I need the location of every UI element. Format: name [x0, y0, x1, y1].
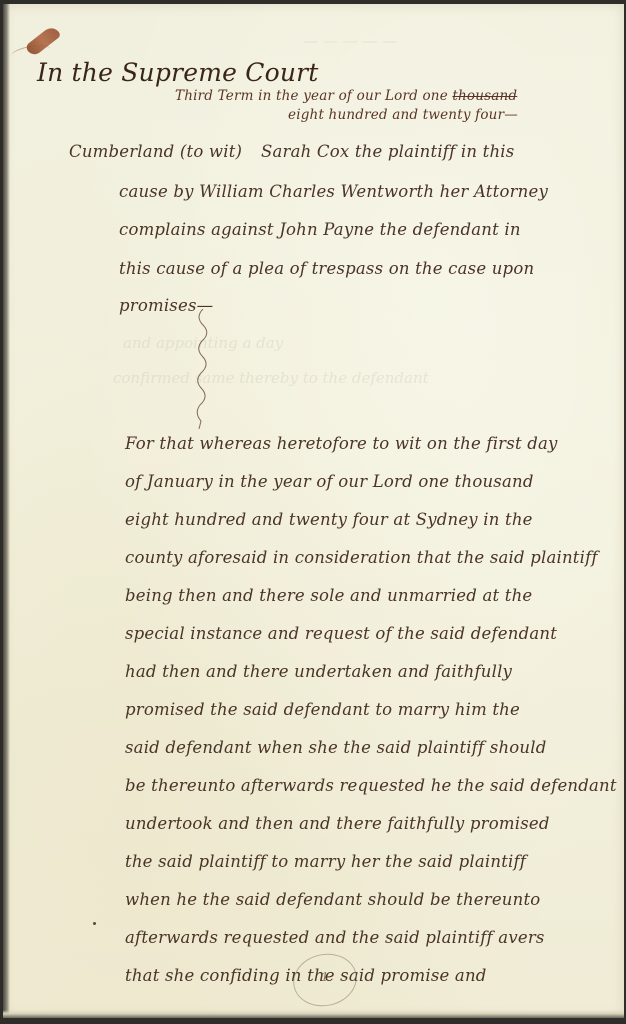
body-line: the said plaintiff to marry her the said…: [125, 852, 526, 871]
intro-line: cause by William Charles Wentworth her A…: [119, 182, 548, 201]
intro-line: Sarah Cox the plaintiff in this: [261, 142, 514, 161]
bleed-through-text: confirmed same thereby to the defendant: [113, 369, 429, 387]
intro-line: this cause of a plea of trespass on the …: [119, 259, 534, 278]
bleed-through-text: — — — — —: [303, 32, 397, 50]
folio-number: 1: [321, 970, 329, 984]
body-line: when he the said defendant should be the…: [125, 890, 540, 909]
term-line-1: Third Term in the year of our Lord one t…: [175, 88, 517, 104]
body-line: being then and there sole and unmarried …: [125, 586, 532, 605]
paper-sheet: — — — — — and appointing a day confirmed…: [3, 4, 624, 1018]
page-left-edge: [3, 4, 10, 1018]
body-line: had then and there undertaken and faithf…: [125, 662, 512, 681]
struck-word: thousand: [452, 88, 517, 104]
brace-connector-icon: [193, 309, 211, 429]
court-heading: In the Supreme Court: [37, 58, 319, 87]
term-line-2: eight hundred and twenty four—: [288, 107, 518, 123]
term-line-1-text: Third Term in the year of our Lord one: [175, 88, 448, 104]
body-line: afterwards requested and the said plaint…: [125, 928, 545, 947]
body-line: county aforesaid in consideration that t…: [125, 548, 598, 567]
scanned-manuscript: — — — — — and appointing a day confirmed…: [0, 0, 626, 1024]
page-bottom-edge: [3, 1010, 624, 1018]
body-line: For that whereas heretofore to wit on th…: [125, 434, 558, 453]
body-line: of January in the year of our Lord one t…: [125, 472, 534, 491]
body-line: undertook and then and there faithfully …: [125, 814, 550, 833]
body-line: special instance and request of the said…: [125, 624, 557, 643]
body-line: promised the said defendant to marry him…: [125, 700, 520, 719]
body-line: eight hundred and twenty four at Sydney …: [125, 510, 533, 529]
body-line: said defendant when she the said plainti…: [125, 738, 547, 757]
intro-line: complains against John Payne the defenda…: [119, 220, 521, 239]
ink-speck: [93, 922, 96, 925]
venue-label: Cumberland (to wit): [69, 142, 242, 161]
body-line: be thereunto afterwards requested he the…: [125, 776, 617, 795]
